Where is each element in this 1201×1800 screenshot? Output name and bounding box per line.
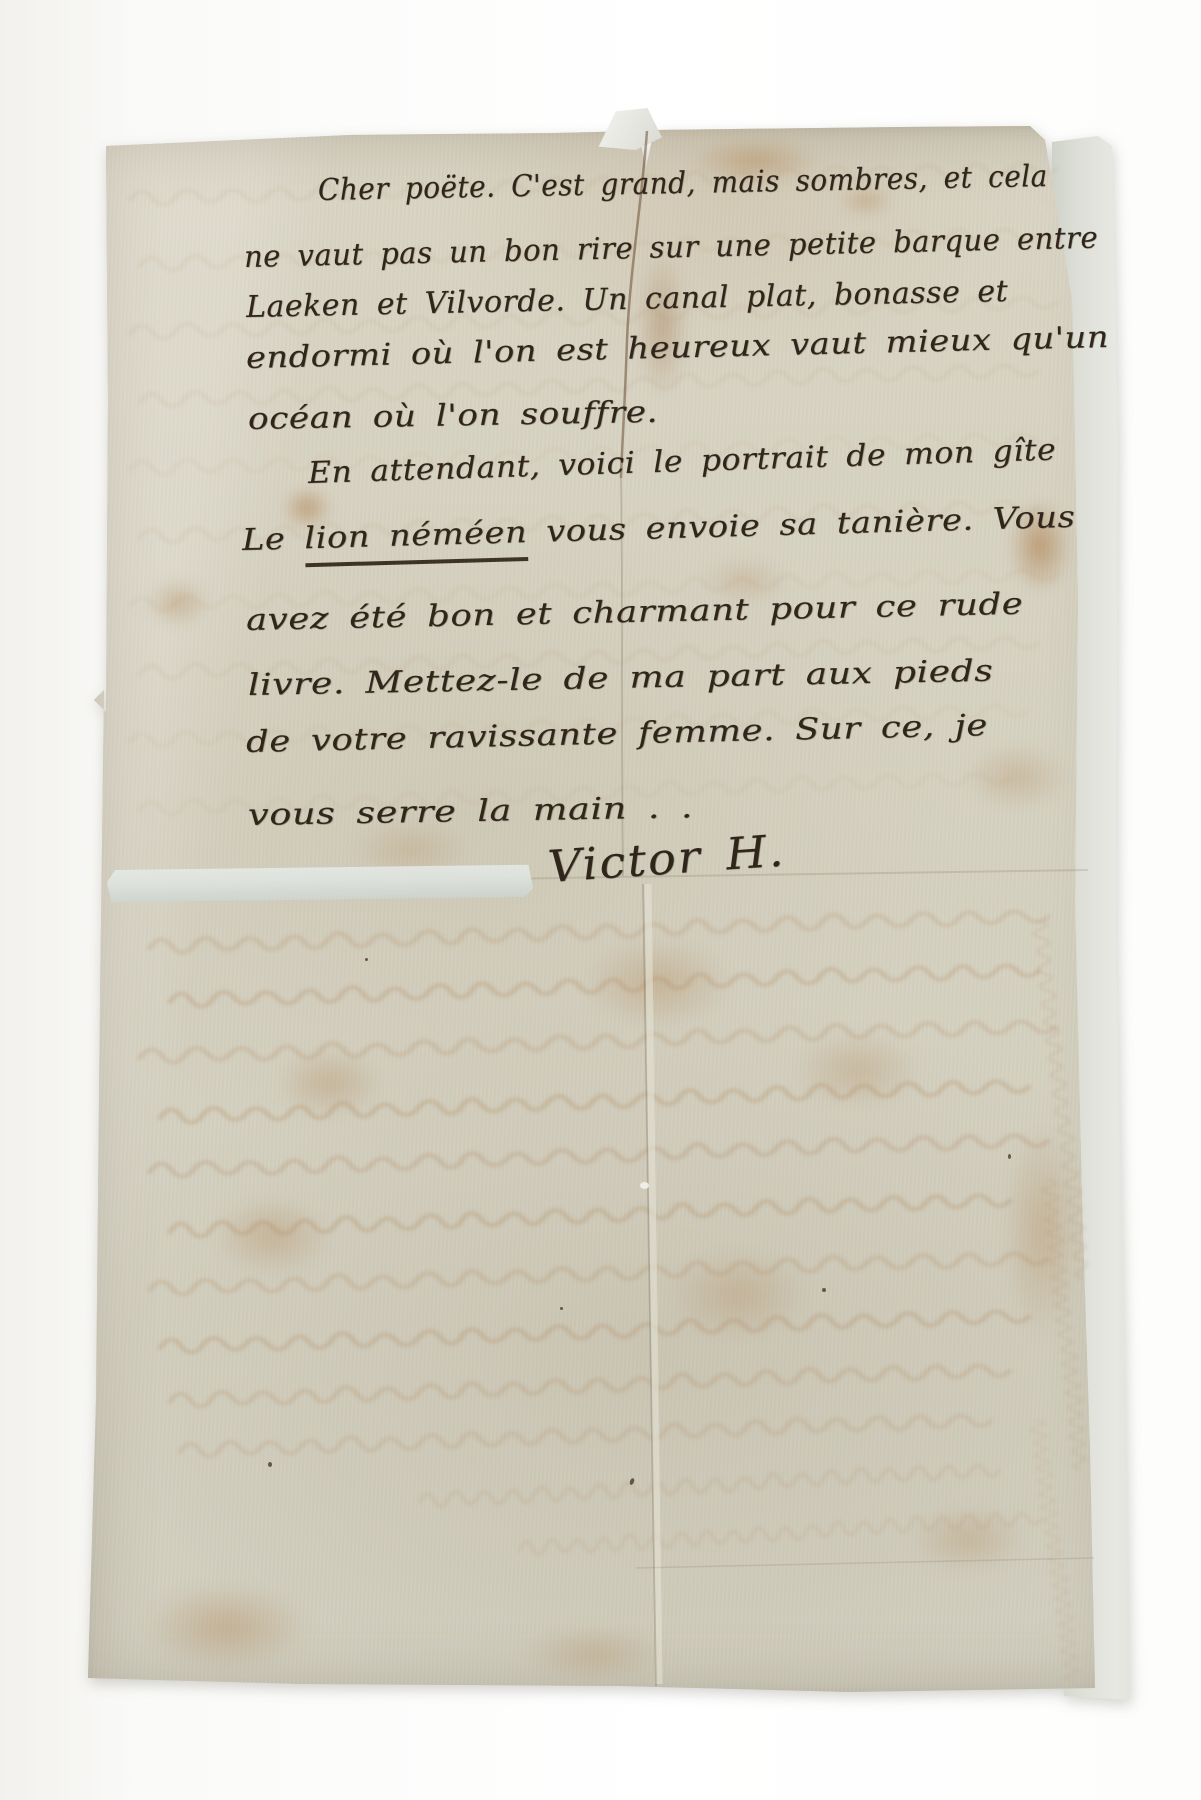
line7-pre: Le (242, 521, 305, 558)
underlined-phrase: lion néméen (304, 515, 528, 567)
letter-line: océan où l'on souffre. (248, 395, 659, 437)
ink-speck (268, 1462, 272, 1467)
paper-nick (640, 1182, 649, 1189)
ink-speck (365, 958, 368, 961)
ink-speck (1008, 1154, 1011, 1159)
letter-photograph: Cher poëte. C'est grand, mais sombres, e… (0, 0, 1201, 1800)
ink-speck (560, 1307, 563, 1310)
ink-speck (822, 1288, 826, 1292)
